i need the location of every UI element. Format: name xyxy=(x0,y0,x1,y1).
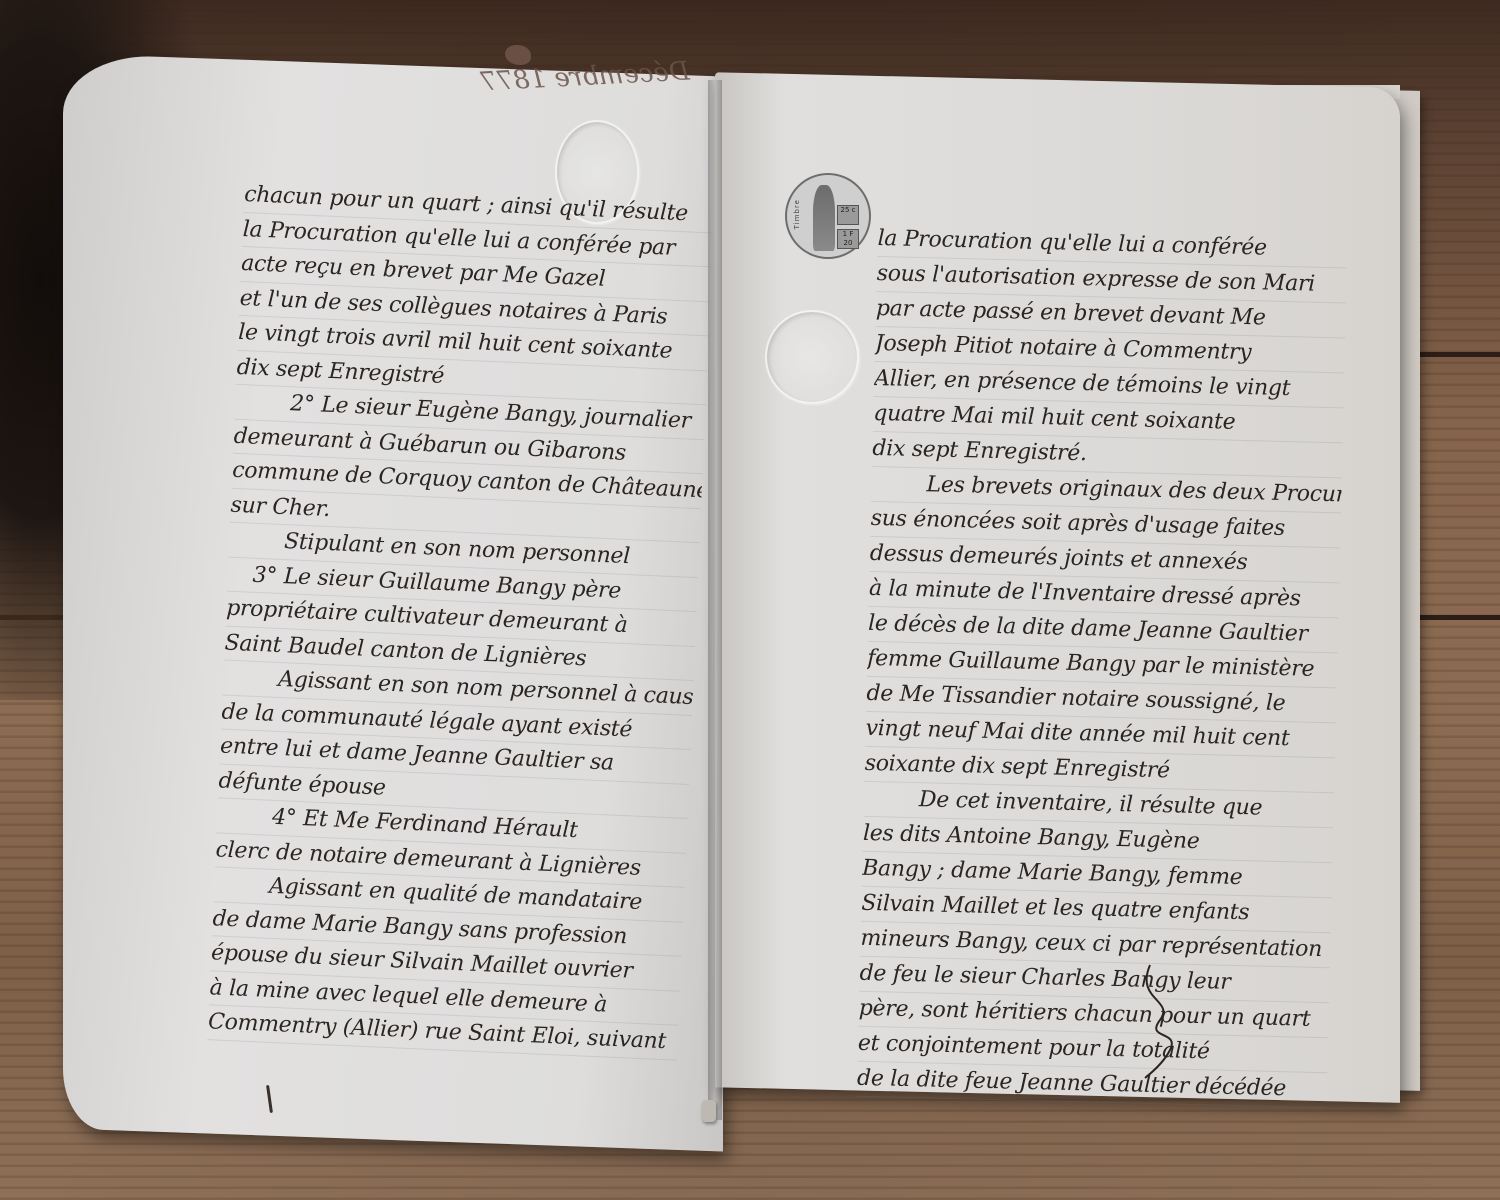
stamp-label: Timbre xyxy=(793,199,801,229)
stamp-figure-icon xyxy=(813,185,835,251)
signature-flourish-icon xyxy=(1130,960,1190,1080)
binding-clip xyxy=(702,1100,716,1122)
plank-gap xyxy=(0,615,70,620)
stamp-value: 25 c xyxy=(837,205,859,225)
ink-blot xyxy=(505,45,531,65)
stamp-value: 1 F 20 xyxy=(837,229,859,249)
right-page-text: la Procuration qu'elle lui a conférée so… xyxy=(857,222,1348,1108)
revenue-stamp-icon: Timbre 25 c 1 F 20 xyxy=(785,173,871,259)
left-page-text: chacun pour un quart ; ainsi qu'il résul… xyxy=(207,178,714,1060)
embossed-seal-icon xyxy=(765,310,859,404)
